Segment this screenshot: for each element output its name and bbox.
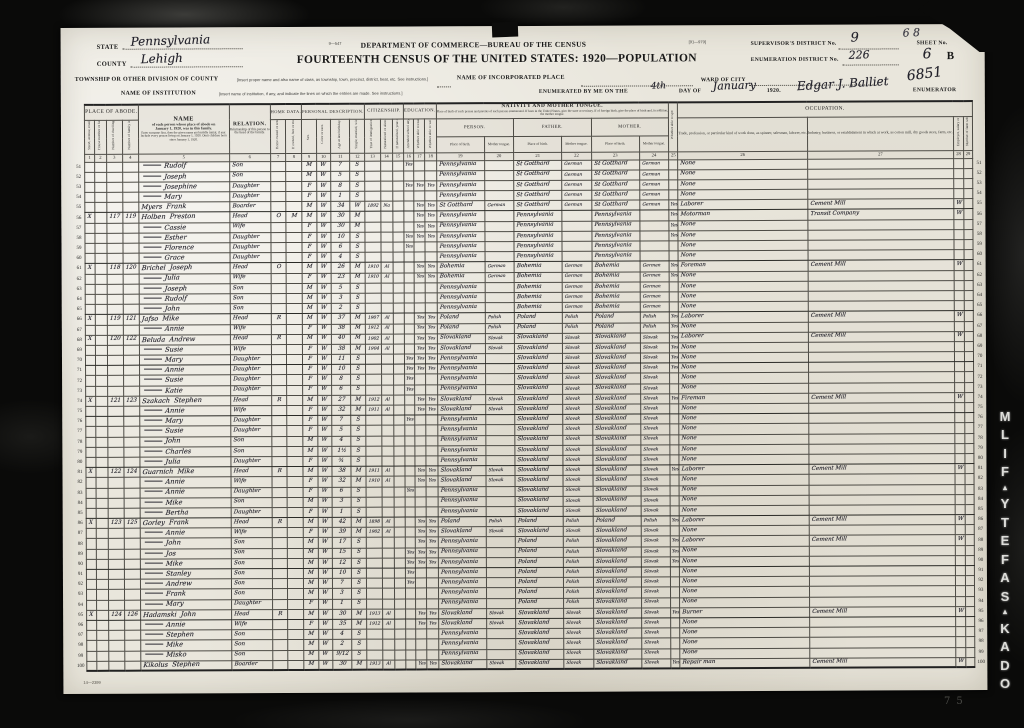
cell-color: W xyxy=(316,191,330,201)
cell-write xyxy=(426,446,437,456)
line-number-right: 96 xyxy=(974,616,987,626)
line-number-left: 76 xyxy=(74,417,85,427)
cell-name: Mike xyxy=(140,497,231,508)
cell-color: W xyxy=(318,507,332,517)
personal-col-header: Color or race. xyxy=(316,119,331,153)
line-number-left: 77 xyxy=(74,427,85,437)
cell-naturalization-year xyxy=(394,609,405,619)
cell-sex: M xyxy=(303,538,317,548)
cell-dwelling-number xyxy=(108,569,124,579)
cell-name: Andrew xyxy=(140,579,231,590)
cell-naturalization-year xyxy=(394,629,405,639)
cell-father-birthplace: Slovakland xyxy=(515,476,563,486)
cell-industry xyxy=(809,586,955,597)
line-number-left: 90 xyxy=(75,559,86,569)
cell-mother-tongue xyxy=(486,568,515,578)
cell-tenure xyxy=(272,456,288,466)
cell-speaks-english xyxy=(669,292,678,302)
occupation-trade-header: Trade, profession, or particular kind of… xyxy=(678,117,808,152)
cell-occupation: Laborer xyxy=(679,312,809,323)
cell-name: Holben Preston xyxy=(138,212,229,223)
cell-relation: Daughter xyxy=(231,457,272,467)
cell-father-birthplace: Slovakland xyxy=(515,465,563,475)
cell-mother-birthplace: Slovakland xyxy=(593,557,641,567)
cell-birthplace: Slovakland xyxy=(437,405,485,415)
ditto-mark xyxy=(143,287,161,288)
cell-father-birthplace: Slovakland xyxy=(515,435,563,445)
line-number-left: 64 xyxy=(74,294,85,304)
cell-father-birthplace: St Gotthard xyxy=(514,201,562,211)
cell-name: John xyxy=(139,436,230,447)
cell-tenure xyxy=(273,660,289,670)
cell-mother-tongue2: Slovak xyxy=(641,608,670,618)
cell-marital: S xyxy=(352,497,366,507)
cell-naturalized xyxy=(381,181,393,191)
cell-school xyxy=(405,395,415,405)
cell-name: Stephen xyxy=(140,630,231,641)
cell-sex: F xyxy=(303,354,317,364)
cell-father-birthplace: Poland xyxy=(515,537,563,547)
column-number: 15 xyxy=(392,153,403,161)
cell-name: Misko xyxy=(140,650,231,661)
cell-sex: M xyxy=(304,609,318,619)
cell-color: W xyxy=(318,589,332,599)
group-relation: RELATION.Relationship of this person to … xyxy=(229,104,270,153)
cell-tenure xyxy=(272,538,288,548)
cell-x-mark xyxy=(86,498,96,508)
cell-mother-tongue2: Slovak xyxy=(641,577,670,587)
ditto-mark xyxy=(144,501,162,502)
cell-name: Grace xyxy=(139,253,230,264)
cell-school: Yes xyxy=(405,548,415,558)
cell-marital: S xyxy=(351,354,365,364)
cell-write: Yes xyxy=(427,537,438,547)
cell-family-number xyxy=(124,579,140,589)
cell-relation: Son xyxy=(230,283,271,293)
cell-naturalized xyxy=(382,497,394,507)
line-number-right: 54 xyxy=(973,189,986,199)
cell-relation: Son xyxy=(230,294,271,304)
cell-industry xyxy=(809,413,955,424)
cell-occupation: None xyxy=(679,342,809,353)
cell-name: Brichel Joseph xyxy=(139,263,230,274)
cell-naturalization-year xyxy=(393,293,404,303)
cell-occupation: None xyxy=(679,352,809,363)
cell-father-tongue: Polish xyxy=(564,588,593,598)
cell-wage-worker xyxy=(954,301,964,311)
cell-family-number: 122 xyxy=(123,335,139,345)
ditto-mark xyxy=(145,583,163,584)
cell-relation: Son xyxy=(231,446,272,456)
film-edge-letter: L xyxy=(1001,428,1009,441)
cell-relation: Head xyxy=(231,467,272,477)
cell-speaks-english xyxy=(669,241,678,251)
cell-industry xyxy=(809,545,955,556)
cell-mother-tongue2: Slovak xyxy=(641,587,670,597)
cell-father-birthplace: Slovakland xyxy=(515,455,563,465)
cell-mother-birthplace: Bohemia xyxy=(592,282,640,292)
cell-father-birthplace: St Gotthard xyxy=(514,180,562,190)
cell-birthplace: Bohemia xyxy=(437,272,485,282)
cell-industry xyxy=(808,362,954,373)
cell-name: Julia xyxy=(140,457,231,468)
ditto-mark xyxy=(143,328,161,329)
cell-mother-tongue2: Slovak xyxy=(641,485,670,495)
cell-free-mortgaged xyxy=(288,589,304,599)
cell-free-mortgaged xyxy=(287,314,303,324)
line-number-right: 82 xyxy=(974,474,987,484)
cell-farm-schedule xyxy=(964,311,973,321)
cell-birthplace: Slovakland xyxy=(437,333,485,343)
cell-color: W xyxy=(318,477,332,487)
cell-relation: Wife xyxy=(231,620,272,630)
cell-tenure xyxy=(270,181,286,191)
cell-name: Rudolf xyxy=(139,294,230,305)
cell-birthplace: Pennsylvania xyxy=(437,354,485,364)
column-number: 1 xyxy=(85,154,95,162)
cell-farm-schedule xyxy=(964,270,973,280)
cell-naturalized xyxy=(381,283,393,293)
line-number-left: 70 xyxy=(74,355,85,365)
cell-house-number xyxy=(96,508,108,518)
cell-mother-tongue2: Slovak xyxy=(641,659,670,669)
cell-speaks-english xyxy=(670,414,679,424)
cell-mother-tongue xyxy=(485,221,514,231)
cell-immigration-year xyxy=(365,181,381,191)
cell-age: 1½ xyxy=(332,446,352,456)
cell-age: 5 xyxy=(332,426,352,436)
cell-read xyxy=(415,435,426,445)
cell-dwelling-number xyxy=(108,457,124,467)
cell-name: Florence xyxy=(139,243,230,254)
cell-write: Yes xyxy=(426,344,437,354)
cell-name: John xyxy=(140,538,231,549)
cell-occupation: None xyxy=(678,250,808,261)
cell-father-tongue: Slovak xyxy=(563,384,592,394)
cell-speaks-english xyxy=(669,190,678,200)
cell-mother-tongue2: Slovak xyxy=(641,496,670,506)
cell-naturalization-year xyxy=(393,374,404,384)
cell-mother-tongue2: Slovak xyxy=(641,506,670,516)
cell-age: 7 xyxy=(331,161,351,171)
cell-industry xyxy=(809,504,955,515)
ditto-mark xyxy=(145,603,163,604)
cell-house-number xyxy=(95,304,107,314)
cell-x-mark: X xyxy=(86,396,96,406)
cell-relation: Head xyxy=(231,518,272,528)
cell-mother-tongue2: German xyxy=(639,200,668,210)
cell-industry: Cement Mill xyxy=(808,199,954,210)
cell-mother-birthplace: Slovakland xyxy=(593,598,641,608)
line-number-left: 92 xyxy=(75,580,86,590)
cell-mother-tongue xyxy=(486,639,515,649)
cell-relation: Wife xyxy=(230,406,271,416)
cell-father-birthplace: Bohemia xyxy=(514,302,562,312)
cell-mother-tongue2: German xyxy=(639,180,668,190)
cell-dwelling-number xyxy=(107,253,123,263)
cell-occupation: None xyxy=(679,413,809,424)
cell-tenure xyxy=(272,497,288,507)
cell-mother-birthplace: Poland xyxy=(592,312,640,322)
cell-dwelling-number: 119 xyxy=(107,315,123,325)
home-col-header: If owned, free or mortgaged. xyxy=(286,119,302,153)
cell-birthplace: Pennsylvania xyxy=(438,629,486,639)
cell-house-number xyxy=(95,315,107,325)
cell-occupation: None xyxy=(679,485,809,496)
cell-color: W xyxy=(317,375,331,385)
cell-dwelling-number: 121 xyxy=(107,396,123,406)
cell-age: 8 xyxy=(332,375,352,385)
cell-birthplace: Slovakland xyxy=(438,476,486,486)
ditto-mark xyxy=(145,573,163,574)
cell-birthplace: Pennsylvania xyxy=(437,303,485,313)
cell-birthplace: Pennsylvania xyxy=(437,425,485,435)
cell-house-number xyxy=(95,223,107,233)
cell-age: 10 xyxy=(332,568,352,578)
cell-immigration-year: 1911 xyxy=(366,405,382,415)
col-speak-english: Whether able to speak English. xyxy=(668,102,678,151)
column-number: 29 xyxy=(964,150,973,158)
tongue-header: Mother tongue. xyxy=(562,137,591,152)
cell-dwelling-number xyxy=(109,661,125,671)
cell-wage-worker: W xyxy=(954,331,964,341)
cell-free-mortgaged xyxy=(287,263,303,273)
cell-free-mortgaged xyxy=(286,253,302,263)
cell-color: W xyxy=(317,456,331,466)
cell-read xyxy=(416,598,427,608)
cell-speaks-english: Yes xyxy=(670,363,679,373)
cell-birthplace: Pennsylvania xyxy=(437,374,485,384)
cell-sex: M xyxy=(304,589,318,599)
cell-write: Yes xyxy=(425,211,436,221)
cell-house-number xyxy=(95,386,107,396)
ditto-mark xyxy=(143,226,161,227)
ditto-mark xyxy=(144,450,162,451)
cell-occupation: None xyxy=(678,169,808,180)
cell-mother-birthplace: Slovakland xyxy=(592,445,640,455)
cell-x-mark xyxy=(86,376,96,386)
line-number-right: 70 xyxy=(973,352,986,362)
cell-marital: S xyxy=(350,191,364,201)
ditto-mark xyxy=(144,440,162,441)
cell-mother-tongue xyxy=(486,445,515,455)
cell-birthplace: Poland xyxy=(437,313,485,323)
cell-school xyxy=(404,283,414,293)
cell-farm-schedule xyxy=(966,576,975,586)
cell-father-birthplace: Slovakland xyxy=(516,639,564,649)
enumerated-pre: ENUMERATED BY ME ON THE xyxy=(539,89,628,95)
cell-x-mark xyxy=(85,233,95,243)
line-number-left: 96 xyxy=(75,620,86,630)
cell-family-number xyxy=(124,640,140,650)
cell-age: 1 xyxy=(332,599,352,609)
cell-occupation: None xyxy=(678,179,808,190)
county-fill-line xyxy=(131,58,243,67)
cell-house-number xyxy=(95,345,107,355)
line-number-right: 51 xyxy=(972,158,985,168)
cell-mother-tongue: German xyxy=(485,272,514,282)
cell-color: W xyxy=(317,253,331,263)
cell-father-birthplace: Slovakland xyxy=(515,415,563,425)
cell-house-number xyxy=(96,610,108,620)
cell-mother-tongue xyxy=(486,547,515,557)
cell-immigration-year xyxy=(365,232,381,242)
cell-industry xyxy=(808,189,954,200)
line-number-left: 62 xyxy=(74,274,85,284)
cell-industry xyxy=(808,240,954,251)
cell-immigration-year xyxy=(367,650,383,660)
cell-immigration-year xyxy=(366,487,382,497)
cell-mother-tongue2 xyxy=(640,251,669,261)
cell-farm-schedule xyxy=(966,616,975,626)
cell-mother-birthplace: Slovakland xyxy=(593,496,641,506)
cell-farm-schedule xyxy=(965,372,974,382)
cell-father-tongue: Slovak xyxy=(563,496,592,506)
cell-mother-tongue2: Slovak xyxy=(641,597,670,607)
cell-immigration-year xyxy=(366,415,382,425)
cell-naturalization-year xyxy=(393,364,404,374)
cell-x-mark xyxy=(86,529,96,539)
cell-occupation: None xyxy=(679,434,809,445)
cell-family-number xyxy=(122,172,138,182)
cell-read: Yes xyxy=(415,405,426,415)
cell-immigration-year xyxy=(365,252,381,262)
cell-dwelling-number xyxy=(107,203,123,213)
cell-father-birthplace: Poland xyxy=(516,598,564,608)
cell-farm-schedule xyxy=(966,657,975,667)
bottom-pencil-mark: 75 xyxy=(944,696,969,707)
cell-dwelling-number xyxy=(108,427,124,437)
cell-farm-schedule xyxy=(964,209,973,219)
cell-speaks-english: Yes xyxy=(670,557,679,567)
cell-wage-worker xyxy=(954,372,964,382)
cell-color: W xyxy=(318,568,332,578)
column-number: 24 xyxy=(639,151,668,159)
line-number-right: 79 xyxy=(974,443,987,453)
cell-read xyxy=(414,242,425,252)
cell-color: W xyxy=(318,619,332,629)
cell-tenure xyxy=(271,232,287,242)
cell-immigration-year xyxy=(367,639,383,649)
cell-mother-birthplace: Pennsylvania xyxy=(592,251,640,261)
cell-wage-worker: W xyxy=(954,199,964,209)
cell-tenure: R xyxy=(272,467,288,477)
group-education: EDUCATION. xyxy=(404,103,437,118)
cell-mother-tongue: Slovak xyxy=(485,405,514,415)
cell-industry: Transit Company xyxy=(808,209,954,220)
cell-industry xyxy=(809,484,955,495)
cell-free-mortgaged xyxy=(288,630,304,640)
cell-wage-worker xyxy=(955,494,965,504)
cell-family-number xyxy=(123,345,139,355)
cell-immigration-year: 1902 xyxy=(365,334,381,344)
cell-immigration-year xyxy=(365,303,381,313)
cell-write xyxy=(426,303,437,313)
cell-naturalization-year xyxy=(393,425,404,435)
column-number: 13 xyxy=(364,153,380,161)
cell-family-number xyxy=(124,528,140,538)
cell-x-mark xyxy=(87,630,97,640)
sheet-letter: B xyxy=(947,50,955,62)
cell-write xyxy=(425,252,436,262)
cell-age: 5 xyxy=(331,171,351,181)
cell-free-mortgaged xyxy=(287,304,303,314)
cell-write xyxy=(427,568,438,578)
cell-naturalization-year xyxy=(393,262,404,272)
column-number: 25 xyxy=(669,151,678,159)
cell-school xyxy=(406,629,416,639)
cell-house-number xyxy=(95,243,107,253)
cell-wage-worker xyxy=(955,474,965,484)
cell-birthplace: Slovakland xyxy=(437,344,485,354)
cell-mother-tongue xyxy=(485,435,514,445)
cell-sex: M xyxy=(304,579,318,589)
cell-industry xyxy=(808,168,954,179)
cell-relation: Son xyxy=(231,436,272,446)
department-line: DEPARTMENT OF COMMERCE—BUREAU OF THE CEN… xyxy=(361,40,587,50)
cell-mother-tongue2: Slovak xyxy=(640,373,669,383)
cell-speaks-english: Yes xyxy=(670,536,679,546)
cell-sex: M xyxy=(304,558,318,568)
cell-mother-tongue2: Slovak xyxy=(640,424,669,434)
cell-mother-birthplace: Slovakland xyxy=(593,567,641,577)
cell-father-tongue: Slovak xyxy=(564,618,593,628)
cell-school xyxy=(405,456,415,466)
cell-father-birthplace: Slovakland xyxy=(515,384,563,394)
cell-sex: F xyxy=(303,426,317,436)
cell-dwelling-number xyxy=(107,325,123,335)
group-place-of-abode: PLACE OF ABODE. xyxy=(84,105,138,120)
cell-relation: Son xyxy=(230,304,271,314)
cell-naturalized xyxy=(380,161,392,171)
cell-age: 6 xyxy=(332,385,352,395)
cell-sex: F xyxy=(303,528,317,538)
line-number-right: 98 xyxy=(974,637,987,647)
cell-farm-schedule xyxy=(965,392,974,402)
cell-mother-tongue xyxy=(486,598,515,608)
line-number-left: 53 xyxy=(73,182,84,192)
cell-age: 3 xyxy=(332,589,352,599)
line-number-left: 52 xyxy=(73,172,84,182)
cell-free-mortgaged xyxy=(286,202,302,212)
cell-tenure: R xyxy=(271,395,287,405)
cell-age: 17 xyxy=(332,538,352,548)
cell-x-mark xyxy=(86,580,96,590)
cell-industry: Cement Mill xyxy=(809,392,955,403)
cell-mother-tongue2: Slovak xyxy=(640,343,669,353)
cell-x-mark xyxy=(86,427,96,437)
cell-marital: S xyxy=(351,375,365,385)
incorporated-place-label: NAME OF INCORPORATED PLACE xyxy=(457,75,565,81)
cell-marital: M xyxy=(352,527,366,537)
cell-write xyxy=(426,385,437,395)
cell-father-tongue: Polish xyxy=(563,537,592,547)
institution-note: [Insert name of institution, if any, and… xyxy=(219,90,439,96)
cell-marital: M xyxy=(352,660,366,670)
column-number: 8 xyxy=(286,153,302,161)
line-number-right: 585) xyxy=(973,229,986,239)
cell-immigration-year: 1892 xyxy=(365,201,381,211)
cell-tenure xyxy=(272,558,288,568)
cell-wage-worker xyxy=(954,403,964,413)
film-edge-letter: T xyxy=(1001,516,1009,529)
county-label: COUNTY xyxy=(97,61,127,68)
cell-mother-birthplace: Slovakland xyxy=(592,333,640,343)
cell-occupation: None xyxy=(680,587,810,598)
cell-immigration-year: 1907 xyxy=(365,313,381,323)
cell-tenure: R xyxy=(272,518,288,528)
cell-sex: M xyxy=(302,161,316,171)
